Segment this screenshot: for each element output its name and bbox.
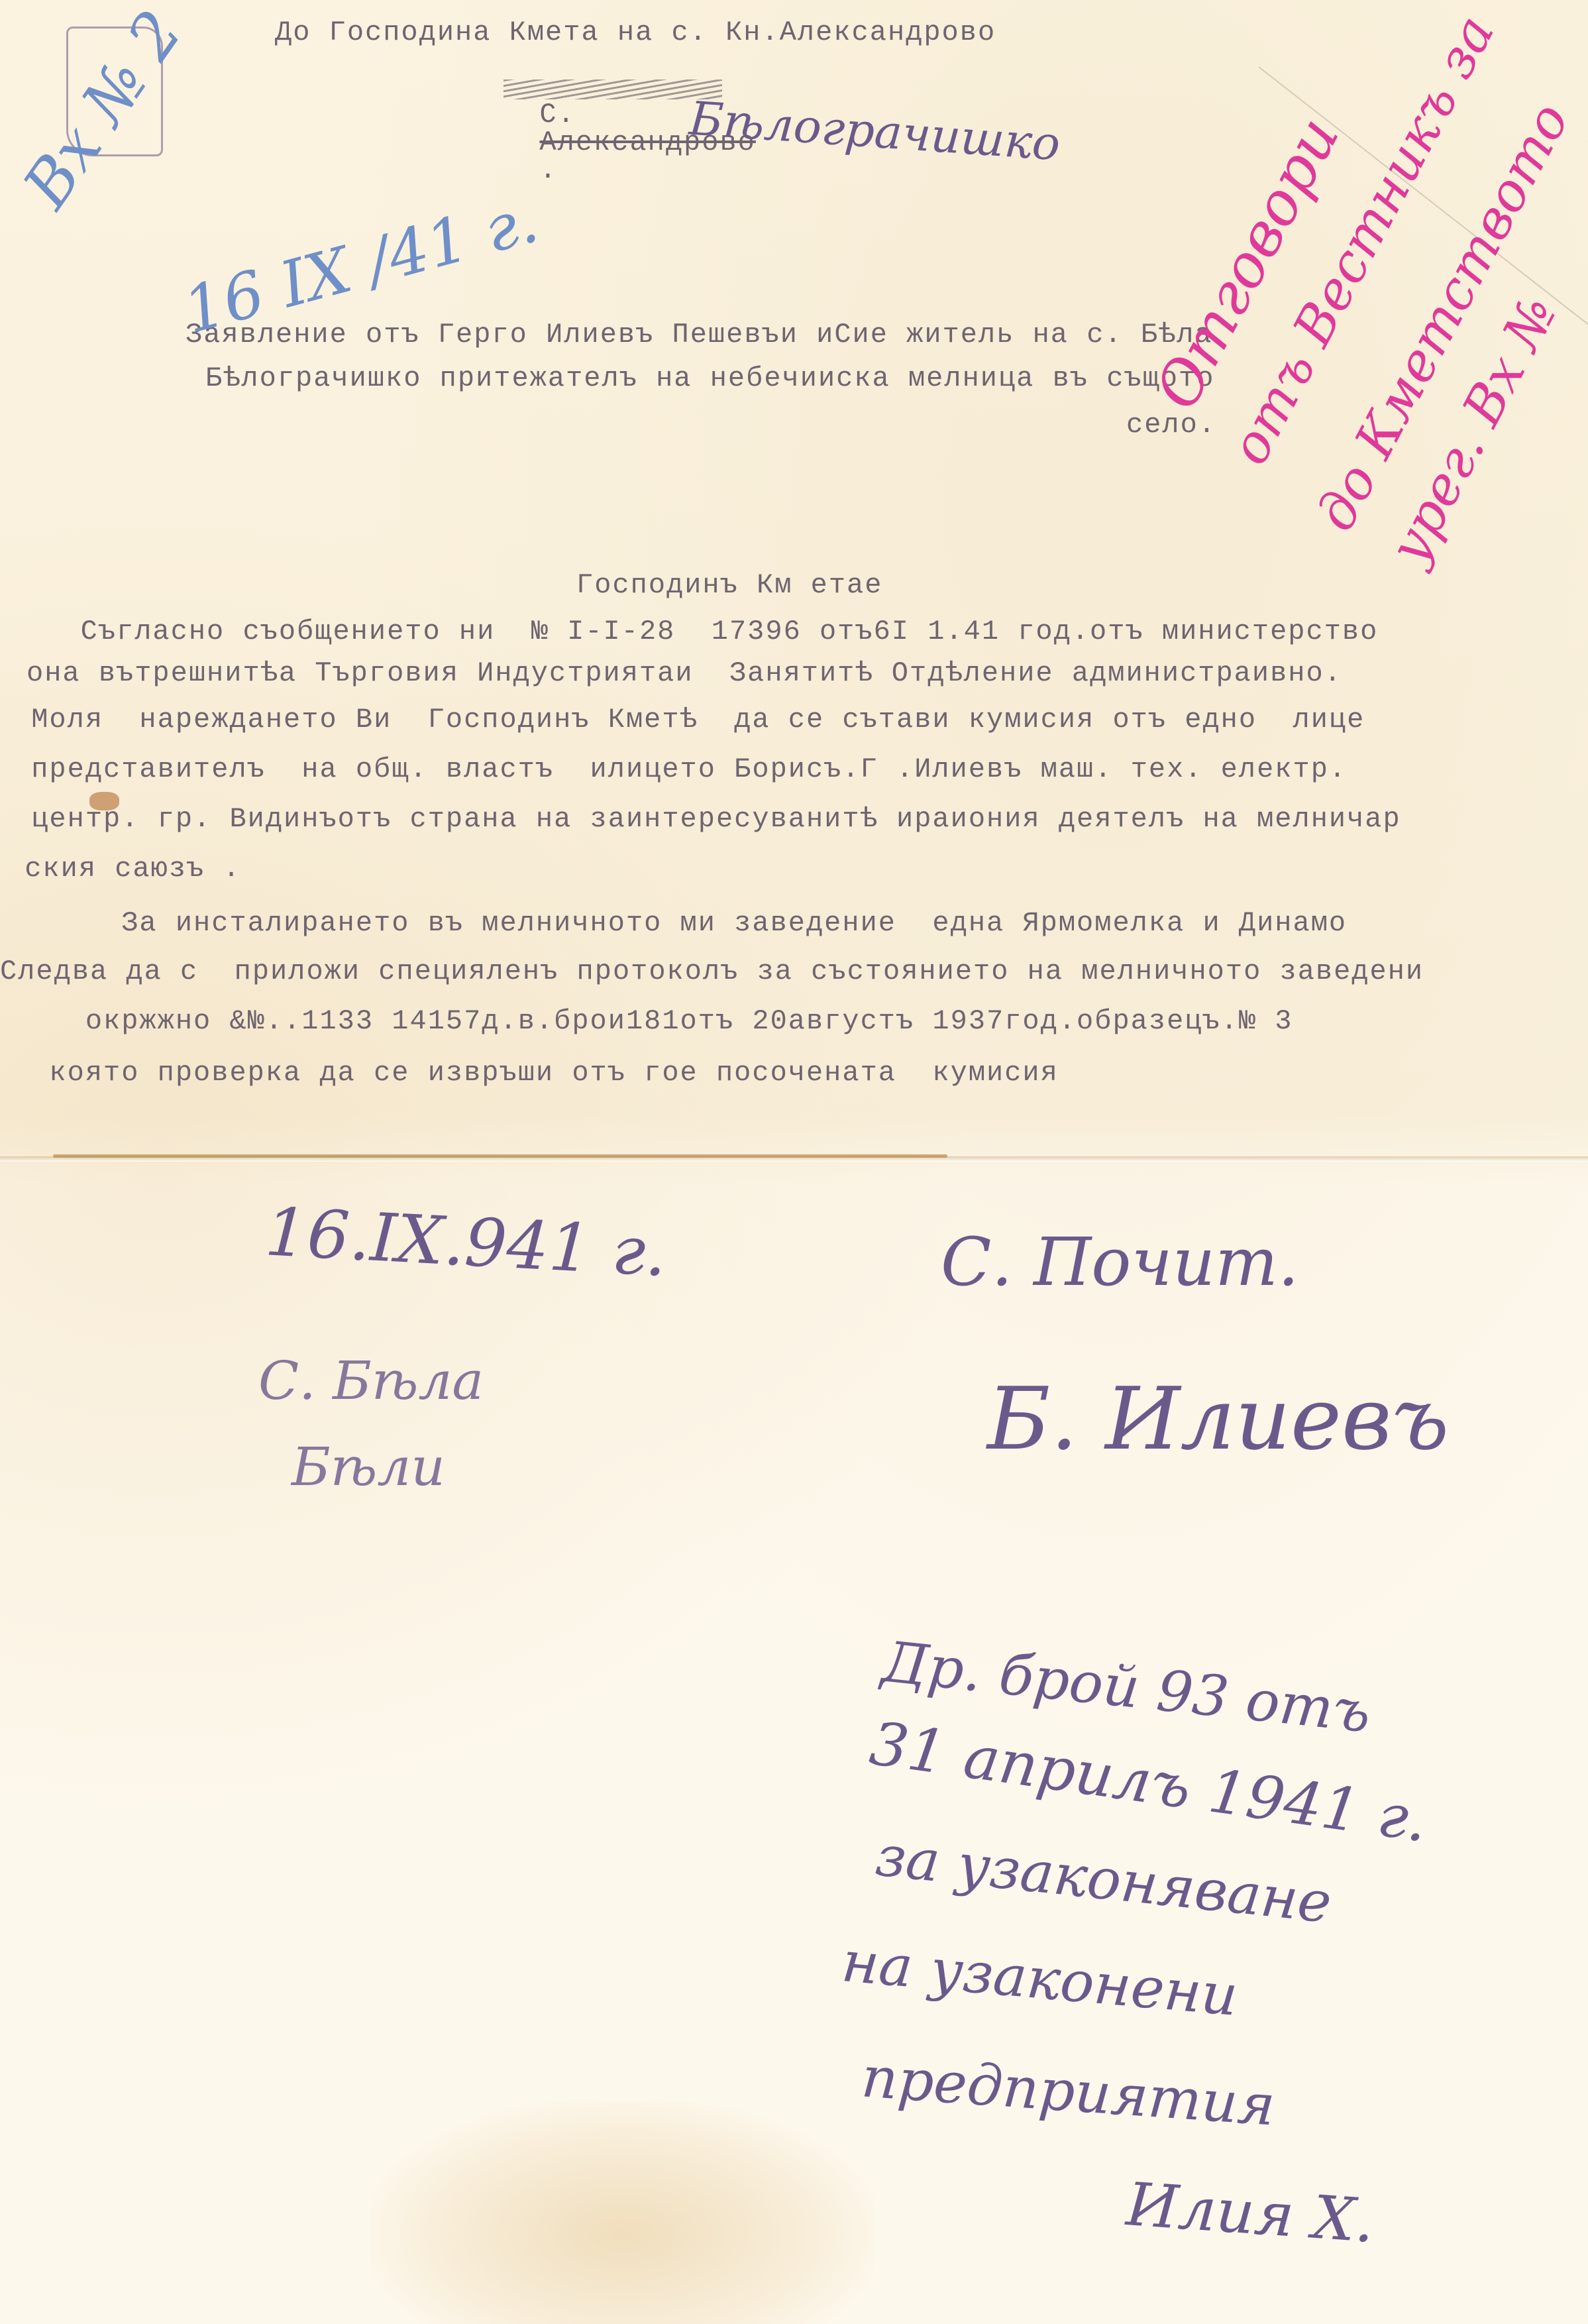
pencil-note-initials: Бѣли bbox=[291, 1438, 445, 1496]
body-line: която проверка да се извръши отъ гое пос… bbox=[13, 1059, 1059, 1087]
body-line: Следва да с приложи специяленъ протоколъ… bbox=[0, 958, 1424, 985]
body-line: Моля нареждането Ви Господинъ Кметѣ да с… bbox=[13, 706, 1365, 734]
pencil-note-village: С. Бѣла bbox=[258, 1352, 484, 1410]
body-line: она вътрешнитѣа Търговия Индустриятаи За… bbox=[26, 659, 1342, 687]
body-line: центр. гр. Видинъотъ страна на заинтерес… bbox=[13, 805, 1401, 833]
village-suffix: . bbox=[539, 154, 557, 186]
body-line: представителъ на общ. властъ илицето Бор… bbox=[13, 755, 1347, 783]
fold-stain bbox=[53, 1154, 947, 1158]
salutation: Господинъ Км етае bbox=[576, 571, 882, 599]
body-line: окржжно &№..1133 14157д.в.брои181отъ 20а… bbox=[13, 1007, 1293, 1035]
pencil-strikethrough bbox=[503, 80, 722, 99]
water-stain bbox=[371, 2101, 874, 2324]
body-line: ския саюзъ . bbox=[7, 855, 241, 883]
body-line: Съгласно съобщението ни № I-I-28 17396 о… bbox=[26, 618, 1378, 645]
signature-salutation: С. Почит. bbox=[941, 1226, 1299, 1299]
signature: Б. Илиевъ bbox=[987, 1372, 1449, 1466]
addressee-line: До Господина Кмета на с. Кн.Александрово bbox=[275, 19, 996, 46]
body-line: За инсталирането въ мелничното ми заведе… bbox=[13, 909, 1347, 937]
subject-line-1: Заявление отъ Герго Илиевъ Пешевъи иСие … bbox=[185, 321, 1213, 349]
subject-line-2: Бѣлограчишко притежателъ на небечииска м… bbox=[205, 364, 1214, 392]
village-prefix: С. bbox=[539, 99, 575, 131]
